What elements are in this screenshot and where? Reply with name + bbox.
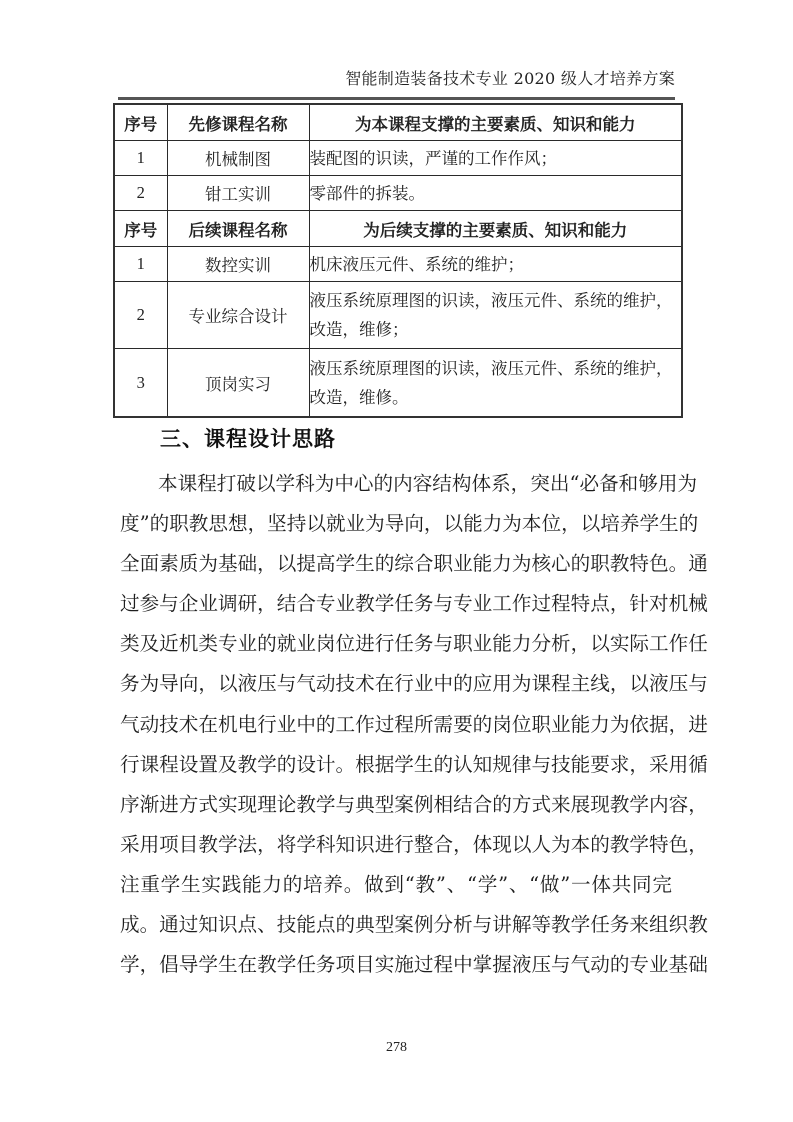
row-number: 1 bbox=[114, 247, 167, 282]
paragraph-line: 全面素质为基础，以提高学生的综合职业能力为核心的职教特色。通 bbox=[120, 544, 672, 584]
followup-header-row: 序号 后续课程名称 为后续支撑的主要素质、知识和能力 bbox=[114, 211, 682, 247]
paragraph-line: 气动技术在机电行业中的工作过程所需要的岗位职业能力为依据，进 bbox=[120, 705, 672, 745]
support-line: 改造，维修。 bbox=[310, 383, 682, 412]
course-name: 顶岗实习 bbox=[167, 349, 309, 418]
row-number: 3 bbox=[114, 349, 167, 418]
course-name: 专业综合设计 bbox=[167, 282, 309, 349]
course-support: 液压系统原理图的识读，液压元件、系统的维护， 改造，维修； bbox=[309, 282, 682, 349]
column-header-prereq-support: 为本课程支撑的主要素质、知识和能力 bbox=[309, 104, 682, 141]
body-paragraph: 本课程打破以学科为中心的内容结构体系，突出“必备和够用为 度”的职教思想，坚持以… bbox=[120, 464, 672, 985]
running-header-title: 智能制造装备技术专业 2020 级人才培养方案 bbox=[118, 68, 675, 90]
course-support: 装配图的识读，严谨的工作作风； bbox=[309, 141, 682, 176]
paragraph-line: 类及近机类专业的就业岗位进行任务与职业能力分析，以实际工作任 bbox=[120, 624, 672, 664]
paragraph-line: 度”的职教思想，坚持以就业为导向，以能力为本位，以培养学生的 bbox=[120, 504, 672, 544]
paragraph-line: 成。通过知识点、技能点的典型案例分析与讲解等教学任务来组织教 bbox=[120, 905, 672, 945]
column-header-followup-support: 为后续支撑的主要素质、知识和能力 bbox=[309, 211, 682, 247]
support-line: 改造，维修； bbox=[310, 315, 682, 344]
row-number: 2 bbox=[114, 282, 167, 349]
paragraph-line: 本课程打破以学科为中心的内容结构体系，突出“必备和够用为 bbox=[120, 464, 672, 504]
table-row: 2 钳工实训 零部件的拆装。 bbox=[114, 176, 682, 211]
column-header-number: 序号 bbox=[114, 211, 167, 247]
table-row: 3 顶岗实习 液压系统原理图的识读，液压元件、系统的维护， 改造，维修。 bbox=[114, 349, 682, 418]
paragraph-line: 注重学生实践能力的培养。做到“教”、“学”、“做”一体共同完 bbox=[120, 865, 672, 905]
table-row: 2 专业综合设计 液压系统原理图的识读，液压元件、系统的维护， 改造，维修； bbox=[114, 282, 682, 349]
paragraph-line: 行课程设置及教学的设计。根据学生的认知规律与技能要求，采用循 bbox=[120, 745, 672, 785]
paragraph-line: 过参与企业调研，结合专业教学任务与专业工作过程特点，针对机械 bbox=[120, 584, 672, 624]
table-row: 1 数控实训 机床液压元件、系统的维护； bbox=[114, 247, 682, 282]
page-number: 278 bbox=[0, 1040, 793, 1056]
support-line: 液压系统原理图的识读，液压元件、系统的维护， bbox=[310, 354, 682, 383]
column-header-prereq-course: 先修课程名称 bbox=[167, 104, 309, 141]
course-support: 零部件的拆装。 bbox=[309, 176, 682, 211]
paragraph-line: 序渐进方式实现理论教学与典型案例相结合的方式来展现教学内容， bbox=[120, 785, 672, 825]
support-line: 液压系统原理图的识读，液压元件、系统的维护， bbox=[310, 286, 682, 315]
row-number: 2 bbox=[114, 176, 167, 211]
prereq-header-row: 序号 先修课程名称 为本课程支撑的主要素质、知识和能力 bbox=[114, 104, 682, 141]
paragraph-line: 采用项目教学法，将学科知识进行整合，体现以人为本的教学特色， bbox=[120, 825, 672, 865]
support-line: 机床液压元件、系统的维护； bbox=[310, 250, 682, 279]
section-heading: 三、课程设计思路 bbox=[160, 424, 336, 454]
course-name: 钳工实训 bbox=[167, 176, 309, 211]
course-support: 机床液压元件、系统的维护； bbox=[309, 247, 682, 282]
course-name: 机械制图 bbox=[167, 141, 309, 176]
table-row: 1 机械制图 装配图的识读，严谨的工作作风； bbox=[114, 141, 682, 176]
header-rule bbox=[118, 97, 675, 100]
course-support: 液压系统原理图的识读，液压元件、系统的维护， 改造，维修。 bbox=[309, 349, 682, 418]
course-name: 数控实训 bbox=[167, 247, 309, 282]
row-number: 1 bbox=[114, 141, 167, 176]
column-header-followup-course: 后续课程名称 bbox=[167, 211, 309, 247]
paragraph-line: 学，倡导学生在教学任务项目实施过程中掌握液压与气动的专业基础 bbox=[120, 945, 672, 985]
column-header-number: 序号 bbox=[114, 104, 167, 141]
course-relationship-table: 序号 先修课程名称 为本课程支撑的主要素质、知识和能力 1 机械制图 装配图的识… bbox=[113, 103, 683, 418]
paragraph-line: 务为导向，以液压与气动技术在行业中的应用为课程主线，以液压与 bbox=[120, 664, 672, 704]
